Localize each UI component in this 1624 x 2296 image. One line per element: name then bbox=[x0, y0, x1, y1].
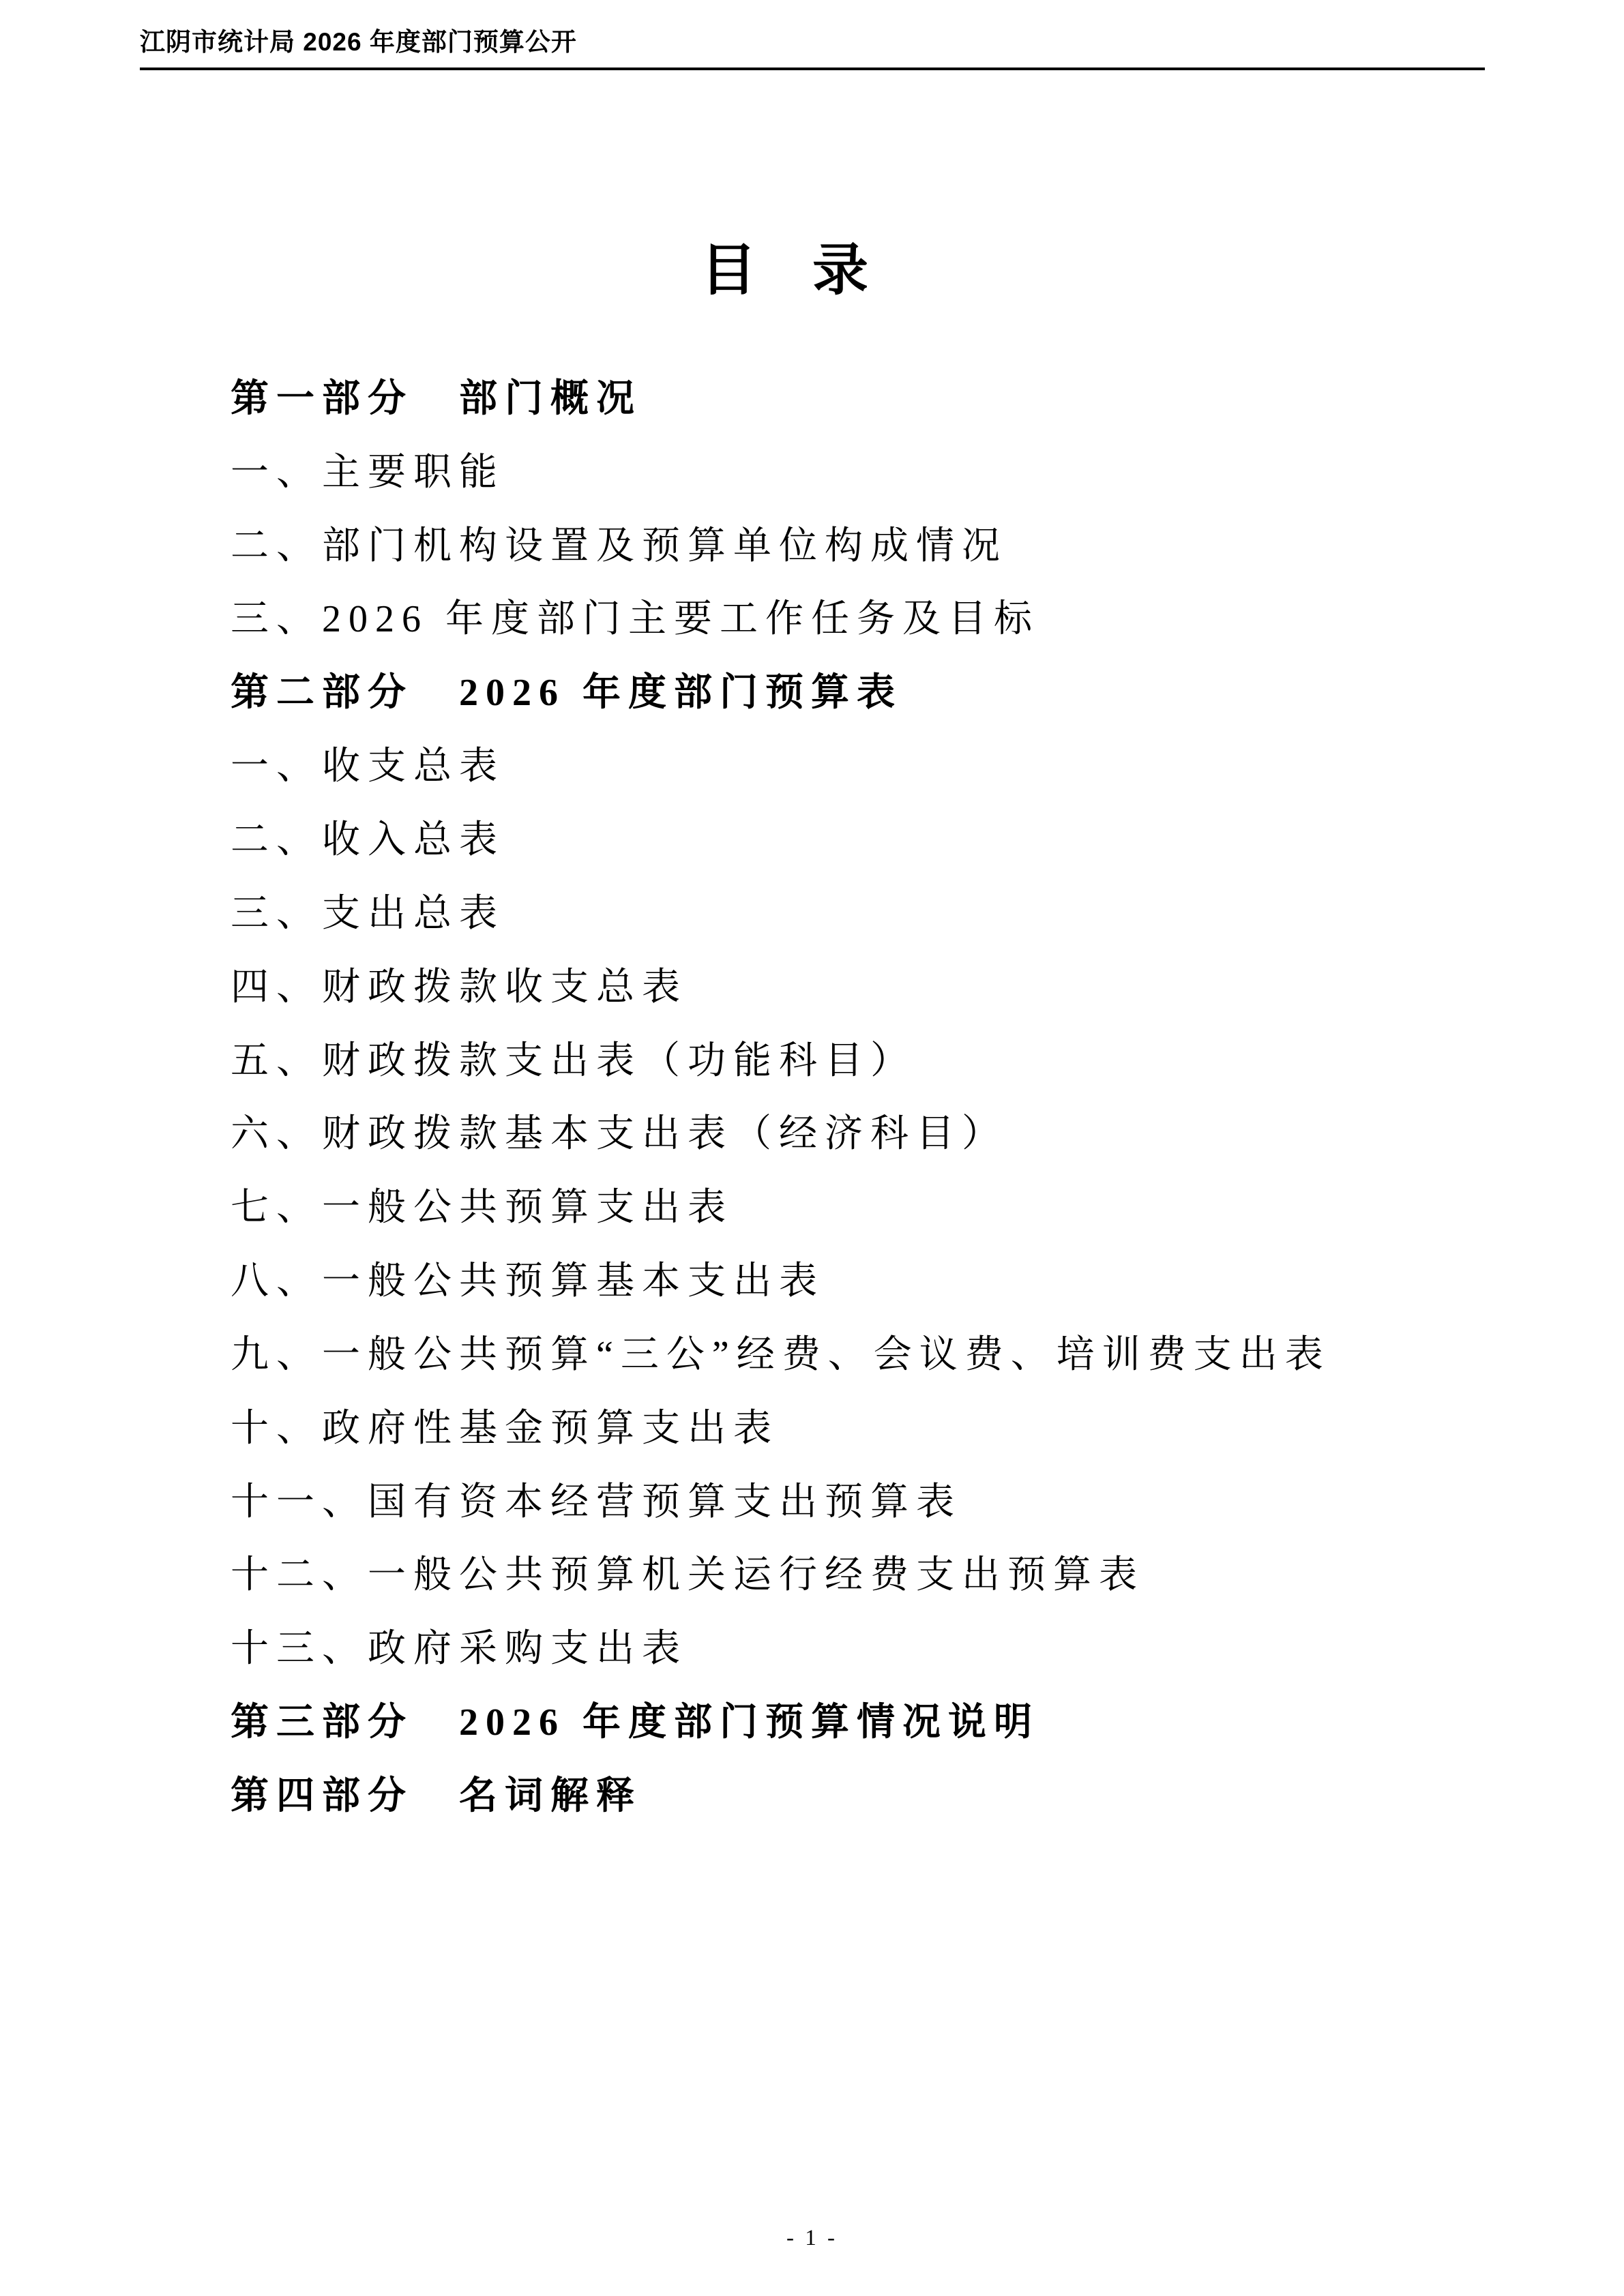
toc-item: 七、一般公共预算支出表 bbox=[231, 1167, 1608, 1241]
toc-item-label: 第三部分 2026 年度部门预算情况说明 bbox=[231, 1692, 1039, 1746]
toc-item: 一、收支总表 bbox=[231, 726, 1608, 800]
toc-item: 二、收入总表 bbox=[231, 800, 1608, 874]
page-number: - 1 - bbox=[0, 2224, 1624, 2252]
toc-item-label: 第一部分 部门概况 bbox=[231, 368, 642, 423]
toc-item-label: 二、收入总表 bbox=[231, 809, 505, 864]
toc-item: 十、政府性基金预算支出表 bbox=[231, 1388, 1608, 1462]
page-title: 目 录 bbox=[0, 240, 1569, 301]
toc-item-label: 三、支出总表 bbox=[231, 883, 505, 938]
toc-item: 十一、国有资本经营预算支出预算表 bbox=[231, 1462, 1608, 1536]
header-divider bbox=[140, 68, 1485, 70]
toc-item-label: 第四部分 名词解释 bbox=[231, 1765, 642, 1820]
toc-item: 八、一般公共预算基本支出表 bbox=[231, 1241, 1608, 1315]
toc-item: 三、支出总表 bbox=[231, 874, 1608, 947]
toc-item: 三、2026 年度部门主要工作任务及目标 bbox=[231, 580, 1608, 653]
toc-item: 第一部分 部门概况 bbox=[231, 359, 1608, 432]
toc-item: 第三部分 2026 年度部门预算情况说明 bbox=[231, 1682, 1608, 1756]
document-page: 江阴市统计局 2026 年度部门预算公开 目 录 第一部分 部门概况 一、主要职… bbox=[0, 0, 1624, 2296]
toc-item: 第四部分 名词解释 bbox=[231, 1756, 1608, 1830]
toc-item: 第二部分 2026 年度部门预算表 bbox=[231, 653, 1608, 726]
page-header-note: 江阴市统计局 2026 年度部门预算公开 bbox=[140, 29, 577, 56]
toc-item-label: 九、一般公共预算“三公”经费、会议费、培训费支出表 bbox=[231, 1324, 1331, 1379]
toc-item: 十三、政府采购支出表 bbox=[231, 1609, 1608, 1682]
toc-item: 五、财政拨款支出表（功能科目） bbox=[231, 1021, 1608, 1094]
toc-item-label: 十二、一般公共预算机关运行经费支出预算表 bbox=[231, 1545, 1145, 1599]
toc-item: 十二、一般公共预算机关运行经费支出预算表 bbox=[231, 1536, 1608, 1609]
toc-item-label: 七、一般公共预算支出表 bbox=[231, 1177, 733, 1232]
toc-item-label: 第二部分 2026 年度部门预算表 bbox=[231, 662, 902, 717]
toc-item-label: 五、财政拨款支出表（功能科目） bbox=[231, 1030, 916, 1085]
toc-item-label: 八、一般公共预算基本支出表 bbox=[231, 1251, 825, 1305]
toc-list: 第一部分 部门概况 一、主要职能 二、部门机构设置及预算单位构成情况 三、202… bbox=[231, 359, 1608, 1830]
toc-item-label: 十一、国有资本经营预算支出预算表 bbox=[231, 1472, 962, 1526]
toc-item-label: 一、收支总表 bbox=[231, 736, 505, 790]
toc-item-label: 十、政府性基金预算支出表 bbox=[231, 1398, 779, 1452]
toc-item-label: 一、主要职能 bbox=[231, 442, 505, 496]
toc-item-label: 十三、政府采购支出表 bbox=[231, 1618, 688, 1673]
toc-item: 九、一般公共预算“三公”经费、会议费、培训费支出表 bbox=[231, 1315, 1608, 1388]
toc-item: 六、财政拨款基本支出表（经济科目） bbox=[231, 1094, 1608, 1167]
toc-item-label: 三、2026 年度部门主要工作任务及目标 bbox=[231, 588, 1039, 643]
toc-item-label: 二、部门机构设置及预算单位构成情况 bbox=[231, 516, 1007, 570]
toc-item-label: 六、财政拨款基本支出表（经济科目） bbox=[231, 1103, 1007, 1158]
toc-item: 一、主要职能 bbox=[231, 432, 1608, 506]
toc-item: 二、部门机构设置及预算单位构成情况 bbox=[231, 506, 1608, 580]
toc-item-label: 四、财政拨款收支总表 bbox=[231, 957, 688, 1011]
toc-item: 四、财政拨款收支总表 bbox=[231, 947, 1608, 1021]
